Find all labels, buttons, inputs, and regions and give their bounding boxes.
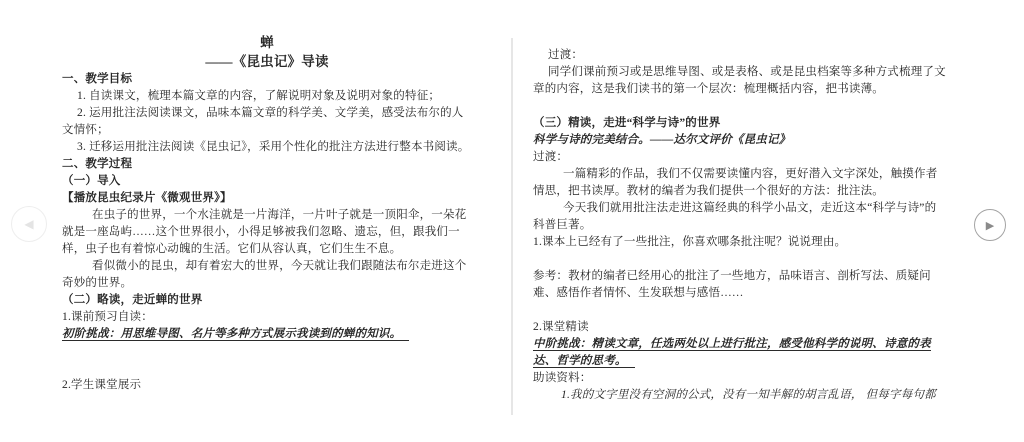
next-page-button[interactable]: ▶ bbox=[974, 209, 1006, 241]
doc-line: 今天我们就用批注法走进这篇经典的科学小品文，走近这本“科学与诗”的科普巨著。 bbox=[533, 200, 947, 234]
doc-line: 科学与诗的完美结合。——达尔文评价《昆虫记》 bbox=[533, 132, 947, 149]
doc-line: 1.课本上已经有了一些批注，你喜欢哪条批注呢？说说理由。 bbox=[533, 234, 947, 251]
doc-line: 二、教学过程 bbox=[62, 156, 472, 173]
doc-line: 初阶挑战：用思维导图、名片等多种方式展示我读到的蝉的知识。 bbox=[62, 326, 472, 343]
doc-line: 看似微小的昆虫，却有着宏大的世界，今天就让我们跟随法布尔走进这个奇妙的世界。 bbox=[62, 258, 472, 292]
doc-line: 蝉 bbox=[62, 33, 472, 52]
challenge-text: 初阶挑战：用思维导图、名片等多种方式展示我读到的蝉的知识。 bbox=[62, 328, 409, 341]
blank-line bbox=[62, 360, 472, 377]
next-arrow-icon: ▶ bbox=[986, 219, 994, 232]
doc-line: 过渡： bbox=[533, 47, 947, 64]
blank-line bbox=[62, 343, 472, 360]
doc-line: （三）精读，走进“科学与诗”的世界 bbox=[533, 115, 947, 132]
blank-line bbox=[533, 251, 947, 268]
doc-line: 一篇精彩的作品，我们不仅需要读懂内容，更好潜入文字深处，触摸作者情思，把书读厚。… bbox=[533, 166, 947, 200]
doc-line: 2. 运用批注法阅读课文，品味本篇文章的科学美、文学美，感受法布尔的人文情怀； bbox=[62, 105, 472, 139]
prev-arrow-icon: ◀ bbox=[24, 217, 33, 231]
doc-line: （一）导入 bbox=[62, 173, 472, 190]
doc-line: 【播放昆虫纪录片《微观世界》】 bbox=[62, 190, 472, 207]
blank-line bbox=[533, 302, 947, 319]
doc-line: 1.我的文字里没有空洞的公式，没有一知半解的胡言乱语， 但每字每句都 bbox=[533, 387, 947, 404]
doc-line: 1. 自读课文，梳理本篇文章的内容，了解说明对象及说明对象的特征； bbox=[62, 88, 472, 105]
blank-line bbox=[533, 98, 947, 115]
doc-line: ——《昆虫记》导读 bbox=[62, 52, 472, 71]
doc-line: 2.课堂精读 bbox=[533, 319, 947, 336]
doc-line: 参考：教材的编者已经用心的批注了一些地方，品味语言、剖析写法、质疑问难、感悟作者… bbox=[533, 268, 947, 302]
doc-line: 过渡： bbox=[533, 149, 947, 166]
doc-line: 助读资料： bbox=[533, 370, 947, 387]
doc-line: 一、教学目标 bbox=[62, 71, 472, 88]
doc-line: 3. 迁移运用批注法阅读《昆虫记》，采用个性化的批注方法进行整本书阅读。 bbox=[62, 139, 472, 156]
doc-line: 在虫子的世界，一个水洼就是一片海洋，一片叶子就是一顶阳伞，一朵花就是一座岛屿……… bbox=[62, 207, 472, 258]
page-divider bbox=[511, 38, 513, 415]
doc-line: 1.课前预习自读： bbox=[62, 309, 472, 326]
document-viewer: { "viewer": { "prev_button": { "icon": "… bbox=[0, 0, 1024, 442]
doc-line: （二）略读，走近蝉的世界 bbox=[62, 292, 472, 309]
document-page-right: 过渡：同学们课前预习或是思维导图、或是表格、或是昆虫档案等多种方式梳理了文章的内… bbox=[533, 47, 947, 404]
prev-page-button[interactable]: ◀ bbox=[11, 206, 47, 242]
challenge-text: 中阶挑战：精读文章，任选两处以上进行批注，感受他科学的说明、诗意的表达、哲学的思… bbox=[533, 338, 931, 368]
document-page-left: 蝉——《昆虫记》导读一、教学目标1. 自读课文，梳理本篇文章的内容，了解说明对象… bbox=[62, 33, 472, 394]
doc-line: 2.学生课堂展示 bbox=[62, 377, 472, 394]
doc-line: 同学们课前预习或是思维导图、或是表格、或是昆虫档案等多种方式梳理了文章的内容，这… bbox=[533, 64, 947, 98]
doc-line: 中阶挑战：精读文章，任选两处以上进行批注，感受他科学的说明、诗意的表达、哲学的思… bbox=[533, 336, 947, 370]
